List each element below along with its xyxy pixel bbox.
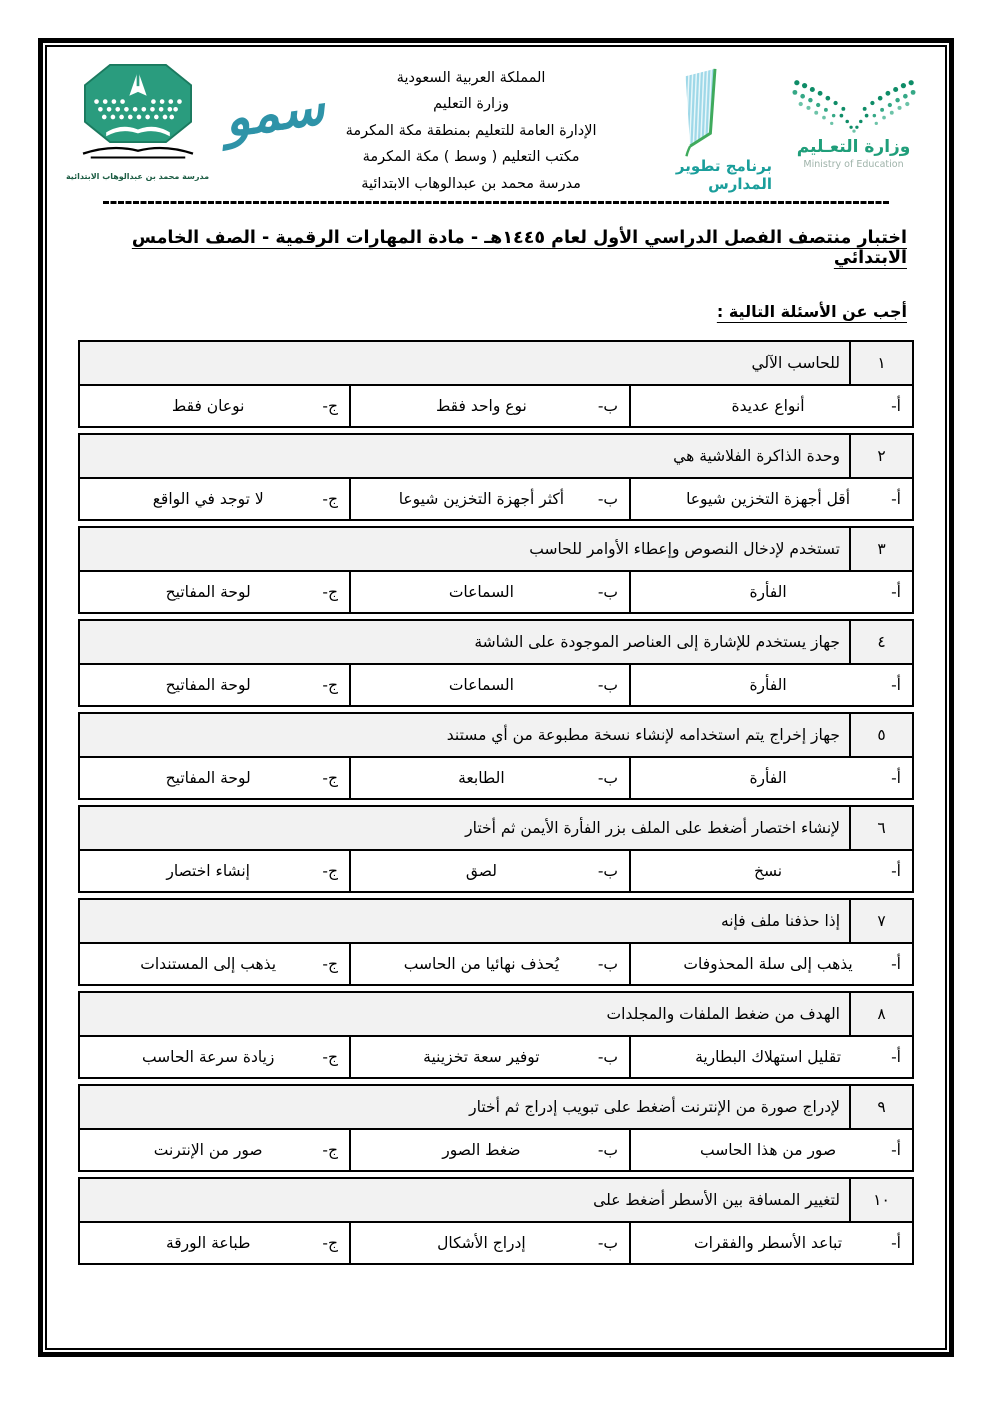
- org-line-school: مدرسة محمد بن عبدالوهاب الابتدائية: [331, 171, 611, 197]
- option-a-label: أ-: [891, 1234, 912, 1252]
- ministry-logo-subtitle: Ministry of Education: [803, 159, 903, 170]
- option-a-text: أقل أجهزة التخزين شيوعا: [631, 490, 891, 508]
- option-b-label: ب-: [598, 1234, 629, 1252]
- answer-row: أ- الفأرة ب- الطابعة ج- لوحة المفاتيح: [80, 758, 912, 798]
- option-a: أ- تباعد الأسطر والفقرات: [631, 1223, 912, 1263]
- option-c-label: ج-: [322, 490, 349, 508]
- option-b-label: ب-: [598, 676, 629, 694]
- option-a-label: أ-: [891, 862, 912, 880]
- option-a: أ- أنواع عديدة: [631, 386, 912, 426]
- question-row: ٥ جهاز إخراج يتم استخدامه لإنشاء نسخة مط…: [80, 714, 912, 758]
- option-c-text: لوحة المفاتيح: [80, 676, 322, 694]
- option-b: ب- ضغط الصور: [351, 1130, 631, 1170]
- option-a-text: الفأرة: [631, 769, 891, 787]
- option-b-text: إدراج الأشكال: [351, 1234, 598, 1252]
- option-b-text: لصق: [351, 862, 598, 880]
- option-c: ج- صور من الإنترنت: [80, 1130, 351, 1170]
- option-b: ب- لصق: [351, 851, 631, 891]
- option-a: أ- صور من هذا الحاسب: [631, 1130, 912, 1170]
- answer-row: أ- نسخ ب- لصق ج- إنشاء اختصار: [80, 851, 912, 891]
- option-b-label: ب-: [598, 769, 629, 787]
- option-c: ج- لوحة المفاتيح: [80, 572, 351, 612]
- option-a: أ- الفأرة: [631, 758, 912, 798]
- question-number: ١: [849, 342, 912, 384]
- option-b: ب- نوع واحد فقط: [351, 386, 631, 426]
- option-a-text: تقليل استهلاك البطارية: [631, 1048, 891, 1066]
- question-number: ٧: [849, 900, 912, 942]
- option-b-text: السماعات: [351, 676, 598, 694]
- option-a-label: أ-: [891, 490, 912, 508]
- question-row: ٨ الهدف من ضغط الملفات والمجلدات: [80, 993, 912, 1037]
- option-b: ب- السماعات: [351, 665, 631, 705]
- option-a-text: تباعد الأسطر والفقرات: [631, 1234, 891, 1252]
- answer-row: أ- صور من هذا الحاسب ب- ضغط الصور ج- صور…: [80, 1130, 912, 1170]
- question-text: لتغيير المسافة بين الأسطر أضغط على: [80, 1179, 849, 1221]
- option-c-label: ج-: [322, 955, 349, 973]
- question-text: لإنشاء اختصار أضغط على الملف بزر الفأرة …: [80, 807, 849, 849]
- page-border-outer: وزارة التعـليم Ministry of Education: [38, 38, 954, 1357]
- org-line-country: المملكة العربية السعودية: [331, 65, 611, 91]
- answer-row: أ- الفأرة ب- السماعات ج- لوحة المفاتيح: [80, 665, 912, 705]
- option-a-text: الفأرة: [631, 583, 891, 601]
- question-block: ١ للحاسب الآلي أ- أنواع عديدة ب- نوع واح…: [78, 340, 914, 428]
- option-a: أ- نسخ: [631, 851, 912, 891]
- option-c-label: ج-: [322, 583, 349, 601]
- question-row: ٩ لإدراج صورة من الإنترنت أضغط على تبويب…: [80, 1086, 912, 1130]
- question-text: للحاسب الآلي: [80, 342, 849, 384]
- question-block: ٦ لإنشاء اختصار أضغط على الملف بزر الفأر…: [78, 805, 914, 893]
- option-c: ج- لا توجد في الواقع: [80, 479, 351, 519]
- question-text: لإدراج صورة من الإنترنت أضغط على تبويب إ…: [80, 1086, 849, 1128]
- ministry-of-education-logo: وزارة التعـليم Ministry of Education: [772, 59, 935, 170]
- question-number: ٩: [849, 1086, 912, 1128]
- question-block: ٨ الهدف من ضغط الملفات والمجلدات أ- تقلي…: [78, 991, 914, 1079]
- option-b-text: ضغط الصور: [351, 1141, 598, 1159]
- question-number: ٢: [849, 435, 912, 477]
- option-c-text: صور من الإنترنت: [80, 1141, 322, 1159]
- question-text: الهدف من ضغط الملفات والمجلدات: [80, 993, 849, 1035]
- option-a: أ- تقليل استهلاك البطارية: [631, 1037, 912, 1077]
- option-c-text: إنشاء اختصار: [80, 862, 322, 880]
- option-b-label: ب-: [598, 862, 629, 880]
- option-c-text: يذهب إلى المستندات: [80, 955, 322, 973]
- question-text: إذا حذفنا ملف فإنه: [80, 900, 849, 942]
- instruction-line: أجب عن الأسئلة التالية :: [47, 302, 945, 321]
- option-c: ج- لوحة المفاتيح: [80, 665, 351, 705]
- option-b-label: ب-: [598, 1048, 629, 1066]
- option-b: ب- الطابعة: [351, 758, 631, 798]
- option-c-label: ج-: [322, 769, 349, 787]
- question-block: ٩ لإدراج صورة من الإنترنت أضغط على تبويب…: [78, 1084, 914, 1172]
- questions-table: ١ للحاسب الآلي أ- أنواع عديدة ب- نوع واح…: [78, 340, 914, 1265]
- question-row: ١٠ لتغيير المسافة بين الأسطر أضغط على: [80, 1179, 912, 1223]
- option-b-text: الطابعة: [351, 769, 598, 787]
- question-number: ٤: [849, 621, 912, 663]
- option-c-text: نوعان فقط: [80, 397, 322, 415]
- option-a: أ- يذهب إلى سلة المحذوفات: [631, 944, 912, 984]
- org-line-ministry: وزارة التعليم: [331, 91, 611, 117]
- option-c-label: ج-: [322, 1234, 349, 1252]
- option-c: ج- طباعة الورقة: [80, 1223, 351, 1263]
- option-b-text: السماعات: [351, 583, 598, 601]
- option-a-label: أ-: [891, 676, 912, 694]
- option-c: ج- إنشاء اختصار: [80, 851, 351, 891]
- option-a-label: أ-: [891, 769, 912, 787]
- header: وزارة التعـليم Ministry of Education: [47, 51, 945, 199]
- option-a-text: يذهب إلى سلة المحذوفات: [631, 955, 891, 973]
- question-row: ٦ لإنشاء اختصار أضغط على الملف بزر الفأر…: [80, 807, 912, 851]
- exam-page: وزارة التعـليم Ministry of Education: [0, 0, 992, 1403]
- option-a-label: أ-: [891, 1141, 912, 1159]
- instruction-text: أجب عن الأسئلة التالية :: [717, 302, 907, 321]
- ministry-palm-icon: [791, 73, 917, 135]
- option-a: أ- أقل أجهزة التخزين شيوعا: [631, 479, 912, 519]
- option-c-text: طباعة الورقة: [80, 1234, 322, 1252]
- option-b-text: يُحذف نهائيا من الحاسب: [351, 955, 598, 973]
- answer-row: أ- يذهب إلى سلة المحذوفات ب- يُحذف نهائي…: [80, 944, 912, 984]
- question-block: ٢ وحدة الذاكرة الفلاشية هي أ- أقل أجهزة …: [78, 433, 914, 521]
- option-c: ج- نوعان فقط: [80, 386, 351, 426]
- school-emblem-caption: مدرسة محمد بن عبدالوهاب الابتدائية: [66, 172, 209, 181]
- option-b-text: نوع واحد فقط: [351, 397, 598, 415]
- option-b: ب- إدراج الأشكال: [351, 1223, 631, 1263]
- signature-calligraphy: سمو: [221, 80, 328, 145]
- answer-row: أ- تباعد الأسطر والفقرات ب- إدراج الأشكا…: [80, 1223, 912, 1263]
- answer-row: أ- الفأرة ب- السماعات ج- لوحة المفاتيح: [80, 572, 912, 612]
- option-b: ب- أكثر أجهزة التخزين شيوعا: [351, 479, 631, 519]
- option-a-label: أ-: [891, 1048, 912, 1066]
- answer-row: أ- أقل أجهزة التخزين شيوعا ب- أكثر أجهزة…: [80, 479, 912, 519]
- option-c-label: ج-: [322, 1048, 349, 1066]
- sdp-leaf-icon: [653, 67, 731, 159]
- question-number: ٥: [849, 714, 912, 756]
- question-text: وحدة الذاكرة الفلاشية هي: [80, 435, 849, 477]
- option-c: ج- زيادة سرعة الحاسب: [80, 1037, 351, 1077]
- school-emblem: مدرسة محمد بن عبدالوهاب الابتدائية: [57, 59, 218, 181]
- option-b-label: ب-: [598, 490, 629, 508]
- option-a: أ- الفأرة: [631, 665, 912, 705]
- question-number: ٨: [849, 993, 912, 1035]
- option-c-text: زيادة سرعة الحاسب: [80, 1048, 322, 1066]
- signature-logo: سمو: [218, 59, 331, 139]
- sdp-logo-label: برنامج تطوير المدارس: [611, 157, 772, 193]
- option-c-label: ج-: [322, 862, 349, 880]
- schools-development-program-logo: برنامج تطوير المدارس: [611, 59, 772, 193]
- org-line-office: مكتب التعليم ( وسط ) مكة المكرمة: [331, 144, 611, 170]
- option-a-label: أ-: [891, 955, 912, 973]
- question-block: ٤ جهاز يستخدم للإشارة إلى العناصر الموجو…: [78, 619, 914, 707]
- ministry-logo-title: وزارة التعـليم: [797, 137, 911, 157]
- question-block: ١٠ لتغيير المسافة بين الأسطر أضغط على أ-…: [78, 1177, 914, 1265]
- option-c-text: لوحة المفاتيح: [80, 583, 322, 601]
- exam-title: اختبار منتصف الفصل الدراسي الأول لعام ١٤…: [47, 228, 945, 268]
- option-c-text: لا توجد في الواقع: [80, 490, 322, 508]
- question-row: ١ للحاسب الآلي: [80, 342, 912, 386]
- option-b-label: ب-: [598, 1141, 629, 1159]
- question-text: تستخدم لإدخال النصوص وإعطاء الأوامر للحا…: [80, 528, 849, 570]
- question-row: ٣ تستخدم لإدخال النصوص وإعطاء الأوامر لل…: [80, 528, 912, 572]
- option-a-text: صور من هذا الحاسب: [631, 1141, 891, 1159]
- header-separator: [103, 201, 889, 204]
- org-text-block: المملكة العربية السعودية وزارة التعليم ا…: [331, 59, 611, 197]
- option-b-text: أكثر أجهزة التخزين شيوعا: [351, 490, 598, 508]
- option-b: ب- يُحذف نهائيا من الحاسب: [351, 944, 631, 984]
- option-b-label: ب-: [598, 397, 629, 415]
- option-b-label: ب-: [598, 955, 629, 973]
- question-block: ٧ إذا حذفنا ملف فإنه أ- يذهب إلى سلة الم…: [78, 898, 914, 986]
- option-a-text: نسخ: [631, 862, 891, 880]
- option-c-label: ج-: [322, 676, 349, 694]
- question-row: ٢ وحدة الذاكرة الفلاشية هي: [80, 435, 912, 479]
- exam-title-text: اختبار منتصف الفصل الدراسي الأول لعام ١٤…: [132, 228, 907, 268]
- question-block: ٣ تستخدم لإدخال النصوص وإعطاء الأوامر لل…: [78, 526, 914, 614]
- option-b-text: توفير سعة تخزينية: [351, 1048, 598, 1066]
- option-a: أ- الفأرة: [631, 572, 912, 612]
- question-block: ٥ جهاز إخراج يتم استخدامه لإنشاء نسخة مط…: [78, 712, 914, 800]
- question-number: ١٠: [849, 1179, 912, 1221]
- school-emblem-icon: [63, 63, 213, 171]
- option-a-text: الفأرة: [631, 676, 891, 694]
- option-a-label: أ-: [891, 397, 912, 415]
- option-a-text: أنواع عديدة: [631, 397, 891, 415]
- org-line-directorate: الإدارة العامة للتعليم بمنطقة مكة المكرم…: [331, 118, 611, 144]
- question-text: جهاز إخراج يتم استخدامه لإنشاء نسخة مطبو…: [80, 714, 849, 756]
- question-text: جهاز يستخدم للإشارة إلى العناصر الموجودة…: [80, 621, 849, 663]
- question-row: ٧ إذا حذفنا ملف فإنه: [80, 900, 912, 944]
- question-number: ٣: [849, 528, 912, 570]
- option-c-label: ج-: [322, 1141, 349, 1159]
- answer-row: أ- أنواع عديدة ب- نوع واحد فقط ج- نوعان …: [80, 386, 912, 426]
- option-b: ب- توفير سعة تخزينية: [351, 1037, 631, 1077]
- option-c-text: لوحة المفاتيح: [80, 769, 322, 787]
- question-row: ٤ جهاز يستخدم للإشارة إلى العناصر الموجو…: [80, 621, 912, 665]
- option-c: ج- يذهب إلى المستندات: [80, 944, 351, 984]
- option-b-label: ب-: [598, 583, 629, 601]
- option-c-label: ج-: [322, 397, 349, 415]
- question-number: ٦: [849, 807, 912, 849]
- answer-row: أ- تقليل استهلاك البطارية ب- توفير سعة ت…: [80, 1037, 912, 1077]
- page-border-inner: وزارة التعـليم Ministry of Education: [45, 45, 947, 1350]
- option-c: ج- لوحة المفاتيح: [80, 758, 351, 798]
- option-b: ب- السماعات: [351, 572, 631, 612]
- option-a-label: أ-: [891, 583, 912, 601]
